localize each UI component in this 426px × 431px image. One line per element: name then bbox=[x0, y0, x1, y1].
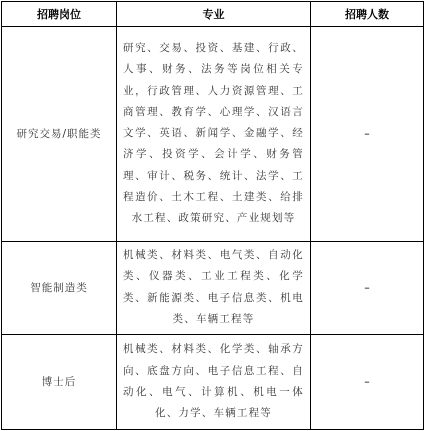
table-row: 智能制造类 机械类、材料类、电气类、自动化类、仪器类、工业工程类、化学类、新能源… bbox=[2, 241, 424, 334]
major-cell: 机械类、材料类、电气类、自动化类、仪器类、工业工程类、化学类、新能源类、电子信息… bbox=[117, 241, 311, 334]
recruitment-table: 招聘岗位 专业 招聘人数 研究交易/职能类 研究、交易、投资、基建、行政、人事、… bbox=[1, 1, 424, 430]
table-row: 博士后 机械类、材料类、化学类、轴承方向、底盘方向、电子信息工程、自动化、电气、… bbox=[2, 334, 424, 429]
header-major: 专业 bbox=[117, 2, 311, 27]
count-cell: – bbox=[311, 241, 424, 334]
header-count: 招聘人数 bbox=[311, 2, 424, 27]
position-cell: 研究交易/职能类 bbox=[2, 27, 117, 242]
count-cell: – bbox=[311, 334, 424, 429]
header-position: 招聘岗位 bbox=[2, 2, 117, 27]
major-cell: 研究、交易、投资、基建、行政、人事、财务、法务等岗位相关专业，行政管理、人力资源… bbox=[117, 27, 311, 242]
position-cell: 智能制造类 bbox=[2, 241, 117, 334]
table-row: 研究交易/职能类 研究、交易、投资、基建、行政、人事、财务、法务等岗位相关专业，… bbox=[2, 27, 424, 242]
position-cell: 博士后 bbox=[2, 334, 117, 429]
count-cell: – bbox=[311, 27, 424, 242]
header-row: 招聘岗位 专业 招聘人数 bbox=[2, 2, 424, 27]
major-cell: 机械类、材料类、化学类、轴承方向、底盘方向、电子信息工程、自动化、电气、计算机、… bbox=[117, 334, 311, 429]
